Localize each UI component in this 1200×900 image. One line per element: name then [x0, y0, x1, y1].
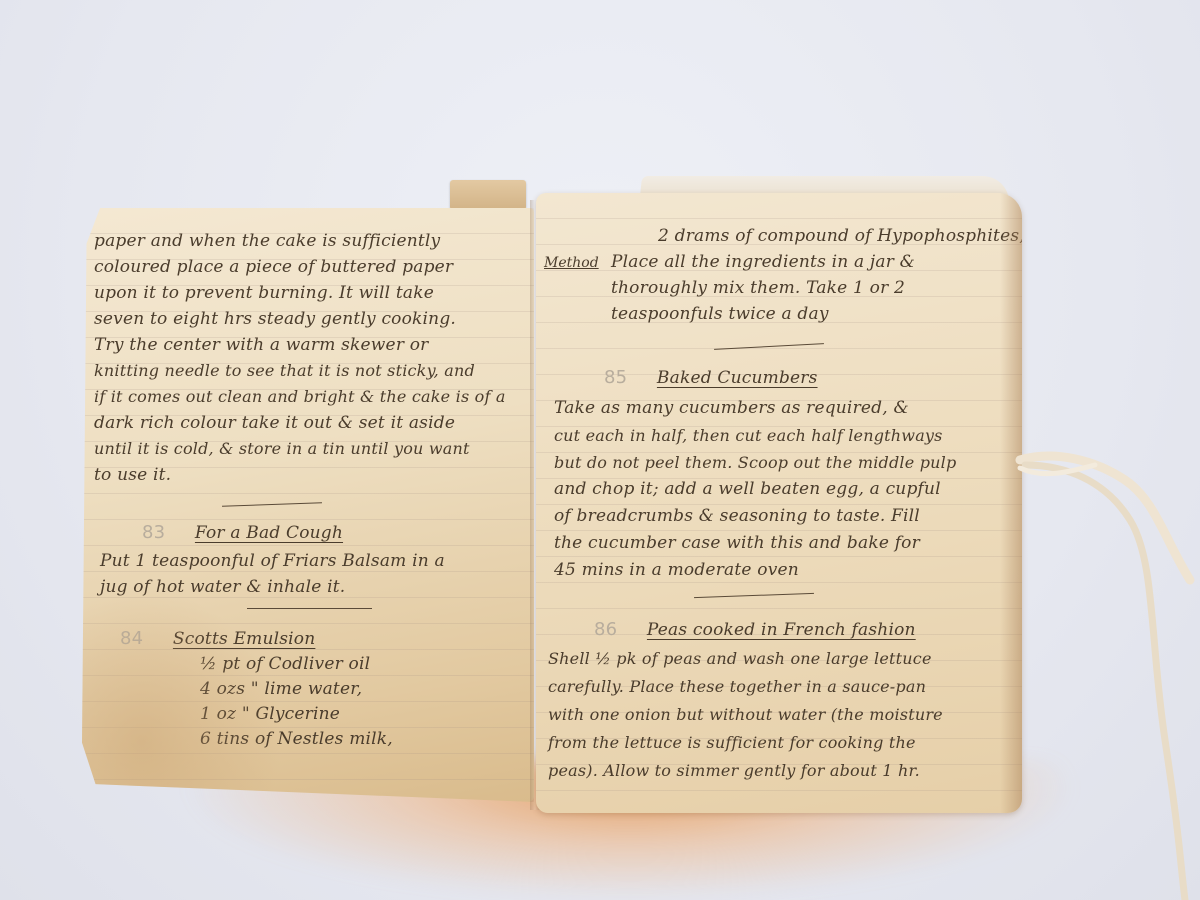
text-line: until it is cold, & store in a tin until… — [94, 436, 506, 462]
recipe-number: 84 — [120, 628, 143, 649]
text-line: of breadcrumbs & seasoning to taste. Fil… — [554, 503, 956, 530]
text-line: coloured place a piece of buttered paper — [94, 254, 506, 280]
method-margin-label: Method — [544, 255, 599, 271]
recipe-83-body: Put 1 teaspoonful of Friars Balsam in a … — [100, 548, 445, 600]
ingredient-line: ½ pt of Codliver oil — [200, 652, 393, 677]
recipe-86-header: 86 Peas cooked in French fashion — [594, 617, 916, 643]
text-line: jug of hot water & inhale it. — [100, 574, 445, 600]
divider-rule — [694, 593, 814, 598]
text-line: and chop it; add a well beaten egg, a cu… — [554, 476, 956, 503]
recipe-84-header: 84 Scotts Emulsion — [120, 626, 315, 652]
text-line: with one onion but without water (the mo… — [548, 701, 943, 729]
right-page: 2 drams of compound of Hypophosphites, M… — [536, 193, 1022, 813]
text-line: to use it. — [94, 462, 506, 488]
text-line: carefully. Place these together in a sau… — [548, 673, 943, 701]
text-line: paper and when the cake is sufficiently — [94, 228, 506, 254]
text-line: Try the center with a warm skewer or — [94, 332, 506, 358]
recipe-number: 86 — [594, 619, 617, 640]
continued-cake-text: paper and when the cake is sufficiently … — [94, 228, 506, 488]
recipe-84-ingredients: ½ pt of Codliver oil 4 ozs " lime water,… — [200, 652, 393, 752]
recipe-title: Baked Cucumbers — [657, 368, 818, 388]
recipe-85-body: Take as many cucumbers as required, & cu… — [554, 395, 956, 584]
recipe-86-body: Shell ½ pk of peas and wash one large le… — [548, 645, 943, 785]
divider-rule — [714, 343, 824, 350]
recipe-title: Scotts Emulsion — [173, 629, 315, 649]
text-line: Place all the ingredients in a jar & — [611, 249, 915, 275]
method-body: Place all the ingredients in a jar & tho… — [611, 249, 915, 327]
text-line: cut each in half, then cut each half len… — [554, 422, 956, 449]
text-line: teaspoonfuls twice a day — [611, 301, 915, 327]
divider-rule — [222, 502, 322, 506]
text-line: Put 1 teaspoonful of Friars Balsam in a — [100, 548, 445, 574]
text-line: peas). Allow to simmer gently for about … — [548, 757, 943, 785]
text-line: thoroughly mix them. Take 1 or 2 — [611, 275, 915, 301]
bookmark-tab — [450, 180, 526, 210]
recipe-85-header: 85 Baked Cucumbers — [604, 365, 818, 391]
ingredient-line: 6 tins of Nestles milk, — [200, 727, 393, 752]
ingredient-top-line: 2 drams of compound of Hypophosphites, — [658, 223, 1022, 249]
recipe-title: For a Bad Cough — [195, 523, 343, 543]
text-line: from the lettuce is sufficient for cooki… — [548, 729, 943, 757]
left-page: paper and when the cake is sufficiently … — [82, 208, 534, 802]
text-line: if it comes out clean and bright & the c… — [94, 384, 506, 410]
recipe-title: Peas cooked in French fashion — [647, 620, 916, 640]
divider-rule — [247, 608, 372, 609]
text-line: Shell ½ pk of peas and wash one large le… — [548, 645, 943, 673]
text-line: 45 mins in a moderate oven — [554, 557, 956, 584]
recipe-number: 83 — [142, 522, 165, 543]
text-line: upon it to prevent burning. It will take — [94, 280, 506, 306]
ingredient-line: 4 ozs " lime water, — [200, 677, 393, 702]
text-line: knitting needle to see that it is not st… — [94, 358, 506, 384]
text-line: seven to eight hrs steady gently cooking… — [94, 306, 506, 332]
text-line: the cucumber case with this and bake for — [554, 530, 956, 557]
text-line: dark rich colour take it out & set it as… — [94, 410, 506, 436]
frayed-binding-string — [1015, 440, 1195, 900]
ingredient-line: 1 oz " Glycerine — [200, 702, 393, 727]
recipe-83-header: 83 For a Bad Cough — [142, 520, 343, 546]
text-line: but do not peel them. Scoop out the midd… — [554, 449, 956, 476]
recipe-number: 85 — [604, 367, 627, 388]
text-line: Take as many cucumbers as required, & — [554, 395, 956, 422]
